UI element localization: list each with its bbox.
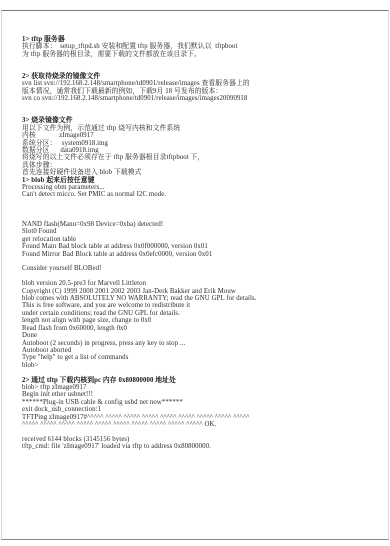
doc-line: under certain conditions; read the GNU G… xyxy=(22,310,374,317)
doc-line xyxy=(22,58,374,65)
doc-line: Slot0 Found xyxy=(22,228,374,235)
document-text-block: 1> tftp 服务器执行脚本： setup_tftpd.sh 安装和配置 tf… xyxy=(22,36,374,451)
doc-line xyxy=(22,103,374,110)
doc-line: blob comes with ABSOLUTELY NO WARRANTY; … xyxy=(22,295,374,302)
doc-line: Can't detect micco. Set PMIC as normal I… xyxy=(22,191,374,198)
doc-line xyxy=(22,206,374,213)
doc-line xyxy=(22,258,374,265)
doc-line: ^^^^^ ^^^^^ ^^^^^ ^^^^^ ^^^^^ ^^^^^ ^^^^… xyxy=(22,421,374,428)
scanned-document-page: { "page": { "background": "#ffffff", "fr… xyxy=(0,0,390,546)
doc-line: 首先连接好硬件设备进入 blob 下载模式 xyxy=(22,169,374,176)
doc-line: Found Mirror Bad Block table at address … xyxy=(22,251,374,258)
doc-line: Processing obm parameters... xyxy=(22,184,374,191)
doc-line: Consider yourself BLOBed! xyxy=(22,265,374,272)
doc-line: Copyright (C) 1999 2000 2001 2002 2003 J… xyxy=(22,288,374,295)
doc-line: length not align with page size, change … xyxy=(22,317,374,324)
doc-line: 版本情况，通常我们下载最新的例如，下载9月 18 号发布的版本： xyxy=(22,88,374,95)
section-heading: 1> blob 起来后按任意键 xyxy=(22,177,374,184)
doc-line xyxy=(22,110,374,117)
doc-line: get relocation table xyxy=(22,236,374,243)
doc-line: Begin init ether usbnet!!! xyxy=(22,391,374,398)
doc-line: Type "help" to get a list of commands xyxy=(22,354,374,361)
doc-line xyxy=(22,428,374,435)
section-heading: 2> 通过 tftp 下载内核到pc 内存 0x80800000 地址处 xyxy=(22,377,374,384)
doc-line: 将烧写的以上文件必须存在于 tftp 服务器根目录tftpboot 下， xyxy=(22,154,374,161)
doc-line: blob> tftp zImage0917 xyxy=(22,384,374,391)
doc-line: TFTPing zImage0917#^^^^^ ^^^^^ ^^^^^ ^^^… xyxy=(22,414,374,421)
doc-line: blob> xyxy=(22,362,374,369)
doc-line: Found Main Bad block table at address 0x… xyxy=(22,243,374,250)
doc-line xyxy=(22,214,374,221)
doc-line: 内核 zImage0917 xyxy=(22,132,374,139)
doc-line: received 6144 blocks (3145156 bytes) xyxy=(22,436,374,443)
doc-line: blob version 20.5-pre3 for Marvell Littl… xyxy=(22,280,374,287)
doc-line: NAND flash(Manu=0x98 Device=0xba) detect… xyxy=(22,221,374,228)
doc-line xyxy=(22,199,374,206)
doc-line: tftp_cmd: file 'zImage0917' loaded via t… xyxy=(22,443,374,450)
doc-line xyxy=(22,369,374,376)
doc-line: svn list svn://192.168.2.148/smartphone/… xyxy=(22,80,374,87)
doc-line: Autoboot aborted xyxy=(22,347,374,354)
doc-line: ******Plug-in USB cable & config usbd ne… xyxy=(22,399,374,406)
doc-line: 为 tftp 服务器的根目录，需要下载的文件都放在该目录下。 xyxy=(22,51,374,58)
doc-line: 系统分区： system0918.img xyxy=(22,140,374,147)
doc-line: Read flash from 0x60000, length 0x0 xyxy=(22,325,374,332)
doc-line: This is free software, and you are welco… xyxy=(22,302,374,309)
doc-line: Done xyxy=(22,332,374,339)
doc-line: Autoboot (2 seconds) in progress, press … xyxy=(22,340,374,347)
doc-line: 执行脚本： setup_tftpd.sh 安装和配置 tftp 服务器，我们默认… xyxy=(22,43,374,50)
doc-line: svn co svn://192.168.2.148/smartphone/td… xyxy=(22,95,374,102)
doc-line xyxy=(22,66,374,73)
doc-line: exit dock_usb_connection:1 xyxy=(22,406,374,413)
section-heading: 3> 烧录镜像文件 xyxy=(22,117,374,124)
doc-line xyxy=(22,273,374,280)
